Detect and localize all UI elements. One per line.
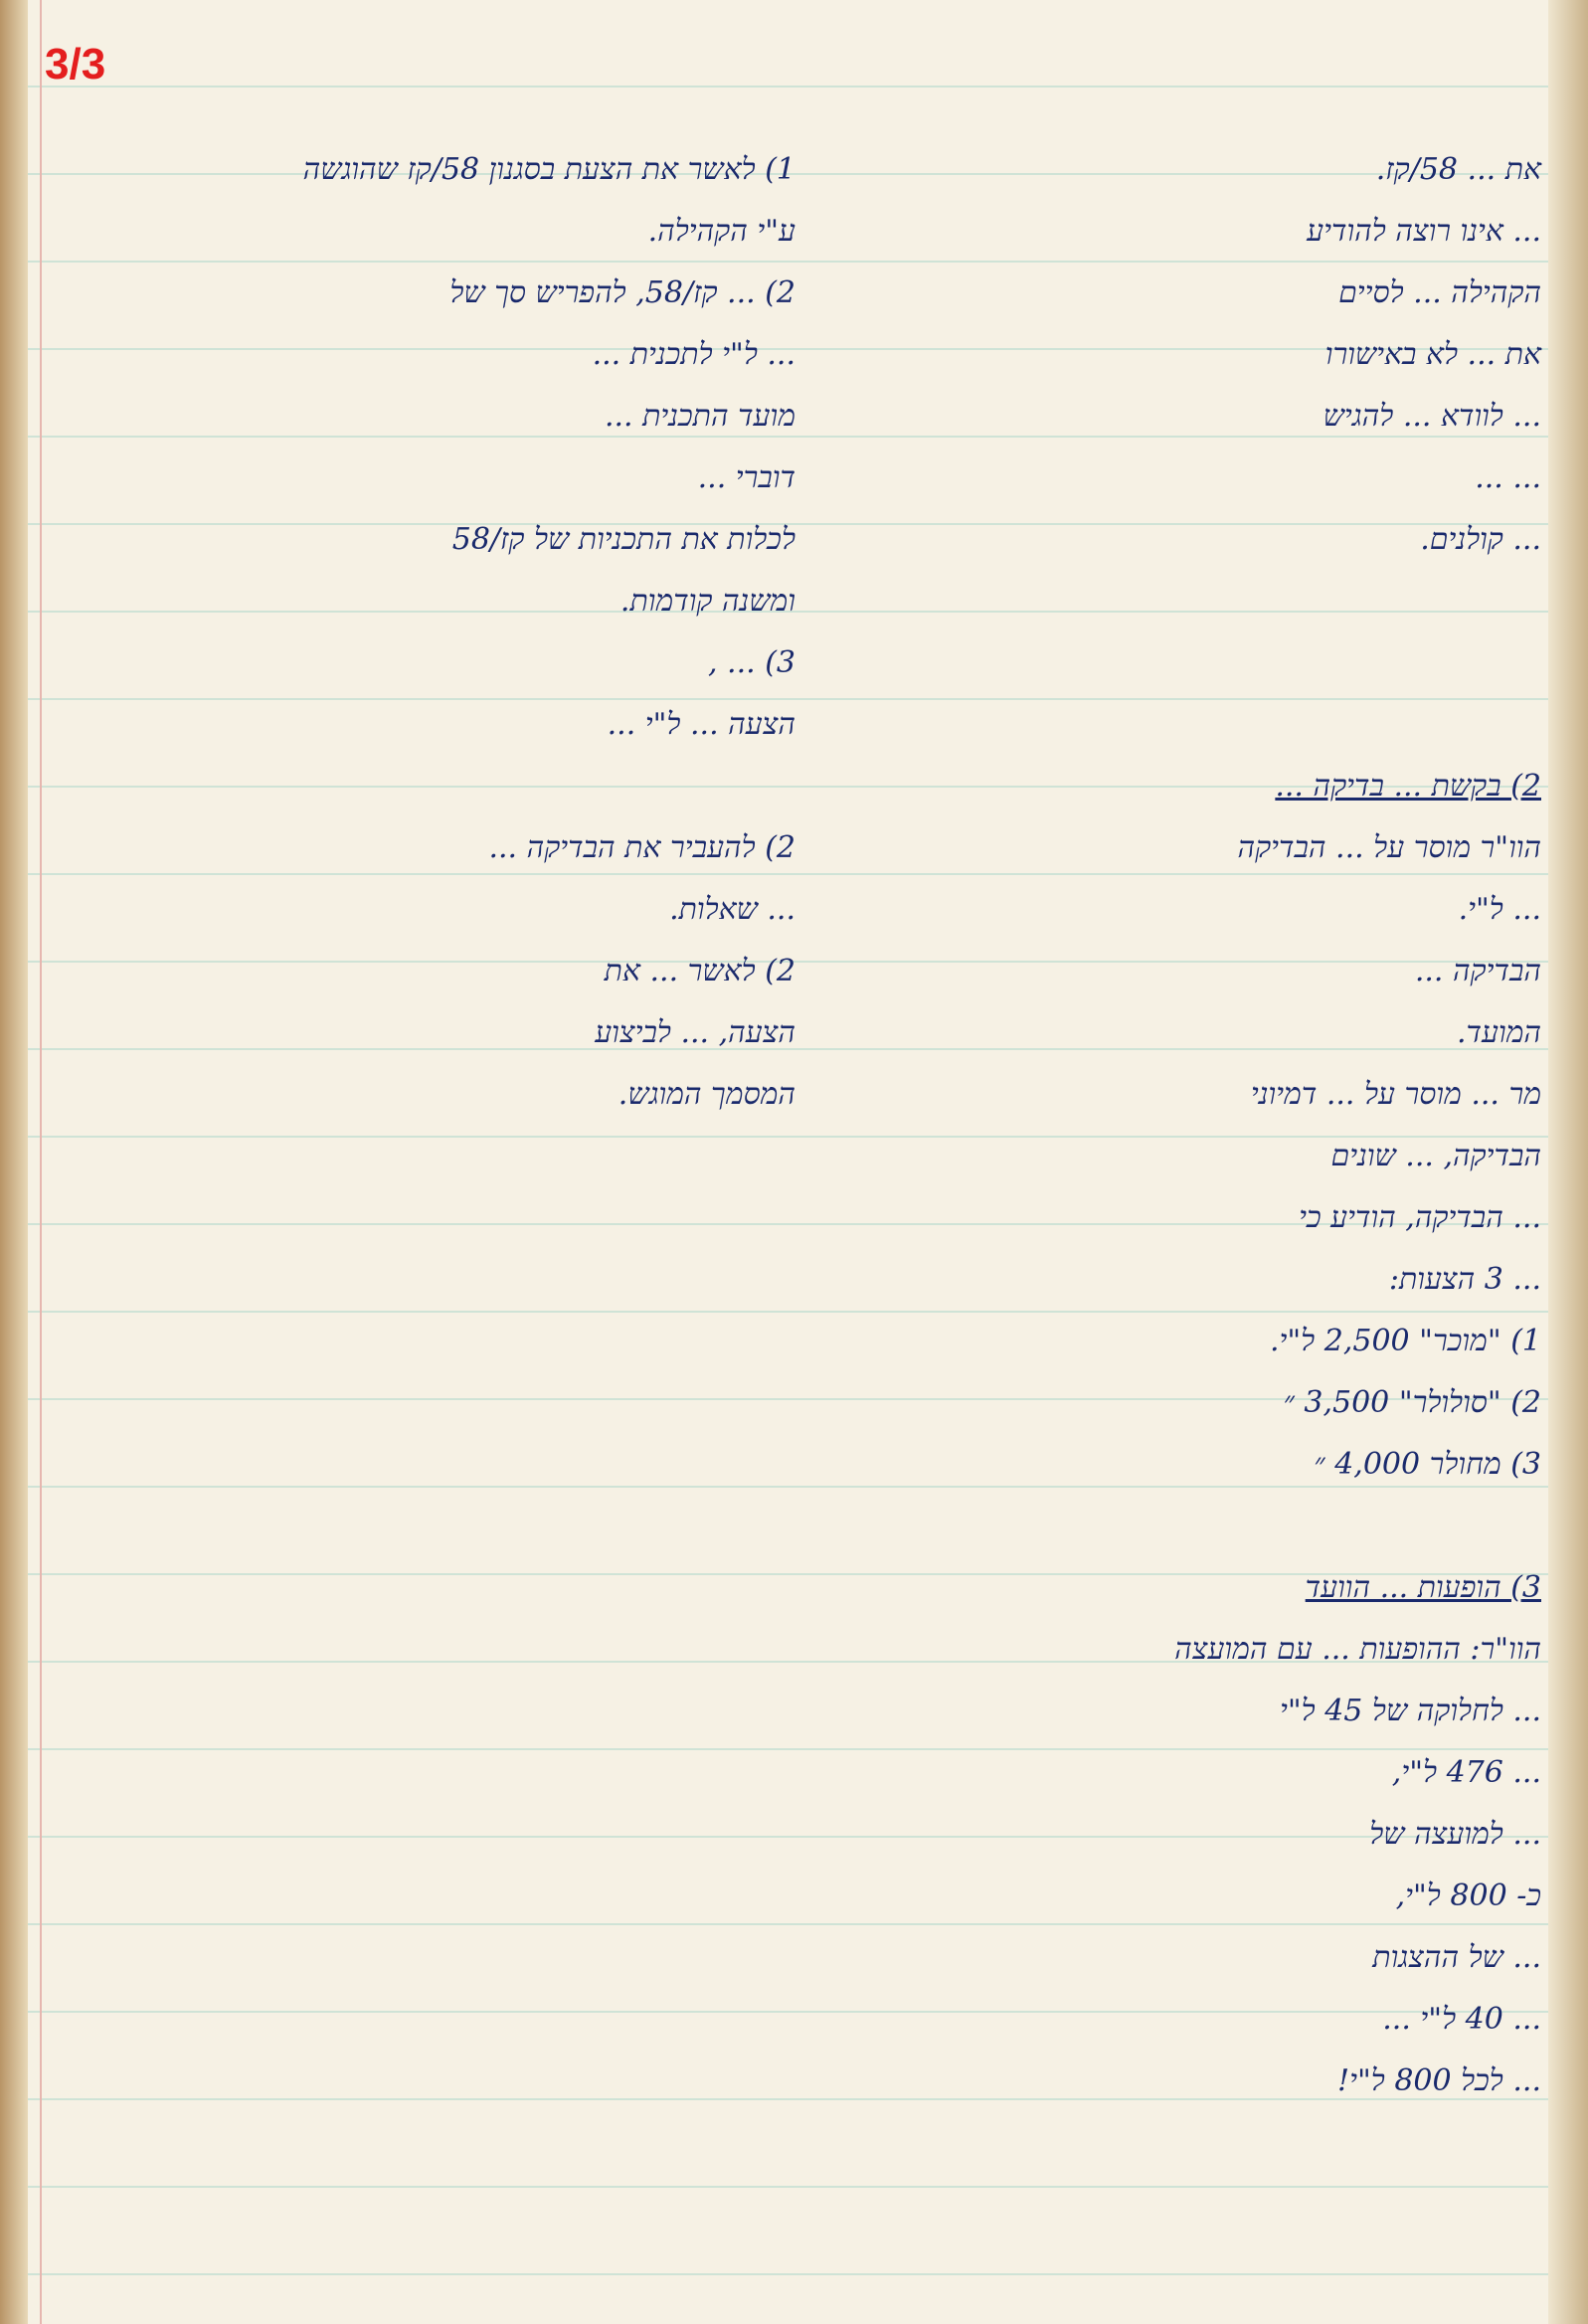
text-line: ... 476 ל"י, bbox=[825, 1742, 1541, 1804]
text-line: ומשנה קודמות. bbox=[60, 571, 795, 632]
text-line: הבדיקה, ... שונים bbox=[825, 1126, 1541, 1187]
text-line: ... שאלות. bbox=[60, 879, 795, 941]
text-line: 2) ... קז/58, להפריש סך של bbox=[60, 263, 795, 324]
offer-item: 3) מחולר 4,000 ״ bbox=[825, 1434, 1541, 1496]
text-line: ... קולנים. bbox=[825, 509, 1541, 571]
text-line: ... ל"י לתכנית ... bbox=[60, 324, 795, 386]
text-line: דוברי ... bbox=[60, 447, 795, 509]
offer-item: 1) "מוכר" 2,500 ל"י. bbox=[825, 1311, 1541, 1372]
notebook-spine bbox=[0, 0, 28, 2324]
offer-amount: 4,000 ״ bbox=[1314, 1447, 1420, 1482]
text-line: ... 40 ל"י ... bbox=[825, 1989, 1541, 2051]
offer-name: מחולר bbox=[1430, 1447, 1501, 1482]
text-line: ... לכל 800 ל"י! bbox=[825, 2051, 1541, 2112]
offer-item: 2) "סולולר" 3,500 ״ bbox=[825, 1372, 1541, 1434]
text-line: 3) ... , bbox=[60, 632, 795, 694]
offer-name: "סולולר" bbox=[1399, 1385, 1501, 1420]
offer-amount: 3,500 ״ bbox=[1283, 1385, 1389, 1420]
offer-num: 3) bbox=[1510, 1447, 1541, 1482]
page-edge bbox=[1548, 0, 1588, 2324]
text-line: הוו"ר: ההופעות ... עם המועצה bbox=[825, 1619, 1541, 1681]
text-line: המסמך המוגש. bbox=[60, 1064, 795, 1126]
text-line: מר ... מוסר על ... דמיוני bbox=[825, 1064, 1541, 1126]
text-line: ... ל"י. bbox=[825, 879, 1541, 941]
text-line: ע"י הקהילה. bbox=[60, 201, 795, 263]
offer-amount: 2,500 ל"י. bbox=[1270, 1324, 1410, 1358]
text-line: ... לוודא ... להגיש bbox=[825, 386, 1541, 447]
text-line: ... של ההצגות bbox=[825, 1927, 1541, 1989]
text-line: ... לחלוקה של 45 ל"י bbox=[825, 1681, 1541, 1742]
notebook-page: 3/3 1) לאשר את הצעת בסגנון 58/קז שהוגשה … bbox=[0, 0, 1588, 2324]
text-line: הצעה, ... לביצוע bbox=[60, 1002, 795, 1064]
section-heading: 3) הופעות ... הוועד bbox=[825, 1557, 1541, 1619]
text-line: מועד התכנית ... bbox=[60, 386, 795, 447]
text-line: ... אינו רוצה להודיע bbox=[825, 201, 1541, 263]
text-line: כ- 800 ל"י, bbox=[825, 1866, 1541, 1927]
text-line: הקהילה ... לסיים bbox=[825, 263, 1541, 324]
text-line: המועד. bbox=[825, 1002, 1541, 1064]
offer-num: 1) bbox=[1510, 1324, 1541, 1358]
text-line: ... הבדיקה, הודיע כי bbox=[825, 1187, 1541, 1249]
text-line: 1) לאשר את הצעת בסגנון 58/קז שהוגשה bbox=[60, 139, 795, 201]
text-line: 2) להעביר את הבדיקה ... bbox=[60, 817, 795, 879]
right-column: את ... 58/קז. ... אינו רוצה להודיע הקהיל… bbox=[825, 139, 1541, 2112]
margin-line bbox=[40, 0, 42, 2324]
offer-name: "מוכר" bbox=[1419, 1324, 1500, 1358]
section-heading: 2) בקשת ... בדיקה ... bbox=[825, 756, 1541, 817]
text-line: את ... 58/קז. bbox=[825, 139, 1541, 201]
text-line: ... 3 הצעות: bbox=[825, 1249, 1541, 1311]
text-line: הבדיקה ... bbox=[825, 941, 1541, 1002]
left-column: 1) לאשר את הצעת בסגנון 58/קז שהוגשה ע"י … bbox=[60, 139, 795, 1126]
text-line: את ... לא באישורו bbox=[825, 324, 1541, 386]
text-line: הצעה ... ל"י ... bbox=[60, 694, 795, 756]
page-number: 3/3 bbox=[45, 40, 105, 89]
text-line: הוו"ר מוסר על ... הבדיקה bbox=[825, 817, 1541, 879]
text-line: ... למועצה של bbox=[825, 1804, 1541, 1866]
text-line: לכלות את התכניות של קז/58 bbox=[60, 509, 795, 571]
offer-num: 2) bbox=[1510, 1385, 1541, 1420]
text-line: ... ... bbox=[825, 447, 1541, 509]
text-line: 2) לאשר ... את bbox=[60, 941, 795, 1002]
